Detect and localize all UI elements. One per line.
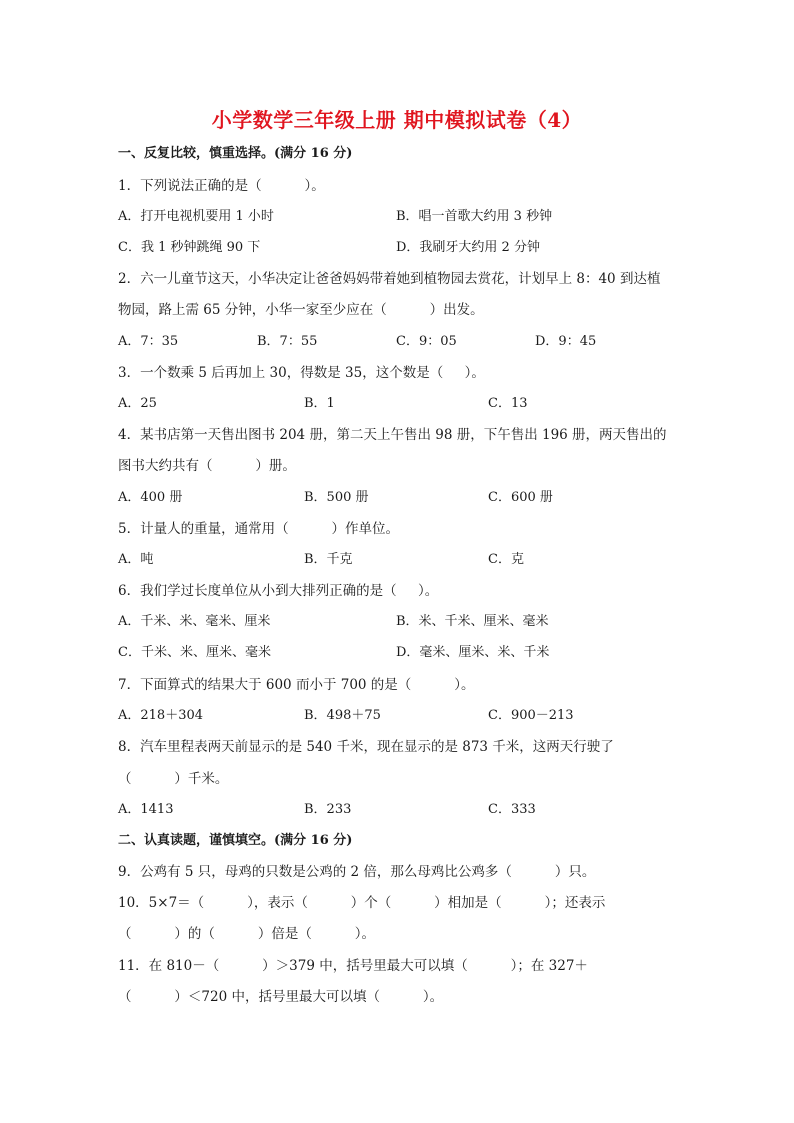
- q2-option-b: B．7：55: [257, 333, 317, 351]
- question-5-text: 5．计量人的重量，通常用（ ）作单位。: [118, 520, 399, 538]
- q4-option-c: C．600 册: [488, 489, 553, 507]
- q8-option-a: A．1413: [118, 801, 173, 819]
- question-8-text-line1: 8．汽车里程表两天前显示的是 540 千米，现在显示的是 873 千米，这两天行…: [118, 738, 614, 756]
- question-4-text-line1: 4．某书店第一天售出图书 204 册，第二天上午售出 98 册，下午售出 196…: [118, 426, 667, 444]
- question-8-text-line2: （ ）千米。: [118, 770, 228, 788]
- q3-option-b: B．1: [304, 395, 335, 413]
- q1-option-d: D．我刷牙大约用 2 分钟: [396, 239, 540, 257]
- q2-option-a: A．7：35: [118, 333, 178, 351]
- q3-option-a: A．25: [118, 395, 157, 413]
- question-7-text: 7．下面算式的结果大于 600 而小于 700 的是（ ）。: [118, 676, 474, 694]
- q1-option-c: C．我 1 秒钟跳绳 90 下: [118, 239, 260, 257]
- q2-option-d: D．9：45: [535, 333, 596, 351]
- q3-option-c: C．13: [488, 395, 528, 413]
- q6-option-d: D．毫米、厘米、米、千米: [396, 644, 549, 662]
- section-2-header: 二、认真读题，谨慎填空。(满分 16 分): [118, 832, 352, 850]
- q4-option-b: B．500 册: [304, 489, 369, 507]
- question-1-text: 1．下列说法正确的是（ ）。: [118, 177, 325, 195]
- section-1-header: 一、反复比较，慎重选择。(满分 16 分): [118, 145, 352, 163]
- question-10-text-line2: （ ）的（ ）倍是（ ）。: [118, 925, 375, 943]
- q7-option-c: C．900－213: [488, 707, 574, 725]
- q5-option-b: B．千克: [304, 551, 353, 569]
- q8-option-b: B．233: [304, 801, 351, 819]
- q6-option-c: C．千米、米、厘米、毫米: [118, 644, 271, 662]
- q1-option-a: A．打开电视机要用 1 小时: [118, 208, 274, 226]
- question-9-text: 9．公鸡有 5 只，母鸡的只数是公鸡的 2 倍，那么母鸡比公鸡多（ ）只。: [118, 863, 595, 881]
- q6-option-b: B．米、千米、厘米、毫米: [396, 613, 549, 631]
- q7-option-a: A．218＋304: [118, 707, 203, 725]
- q2-option-c: C．9：05: [396, 333, 457, 351]
- question-11-text-line2: （ ）＜720 中，括号里最大可以填（ ）。: [118, 988, 443, 1006]
- question-2-text-line2: 物园，路上需 65 分钟，小华一家至少应在（ ）出发。: [118, 301, 484, 319]
- exam-title: 小学数学三年级上册 期中模拟试卷（4）: [0, 104, 794, 133]
- q6-option-a: A．千米、米、毫米、厘米: [118, 613, 270, 631]
- question-3-text: 3．一个数乘 5 后再加上 30，得数是 35，这个数是（ ）。: [118, 364, 485, 382]
- q8-option-c: C．333: [488, 801, 536, 819]
- q1-option-b: B．唱一首歌大约用 3 秒钟: [396, 208, 552, 226]
- question-10-text-line1: 10．5×7＝（ ），表示（ ）个（ ）相加是（ ）；还表示: [118, 894, 605, 912]
- q5-option-a: A．吨: [118, 551, 153, 569]
- question-6-text: 6．我们学过长度单位从小到大排列正确的是（ ）。: [118, 582, 438, 600]
- q7-option-b: B．498＋75: [304, 707, 381, 725]
- question-11-text-line1: 11．在 810－（ ）＞379 中，括号里最大可以填（ ）；在 327＋: [118, 957, 588, 975]
- q5-option-c: C．克: [488, 551, 524, 569]
- question-4-text-line2: 图书大约共有（ ）册。: [118, 457, 296, 475]
- question-2-text-line1: 2．六一儿童节这天，小华决定让爸爸妈妈带着她到植物园去赏花，计划早上 8：40 …: [118, 270, 660, 288]
- q4-option-a: A．400 册: [118, 489, 182, 507]
